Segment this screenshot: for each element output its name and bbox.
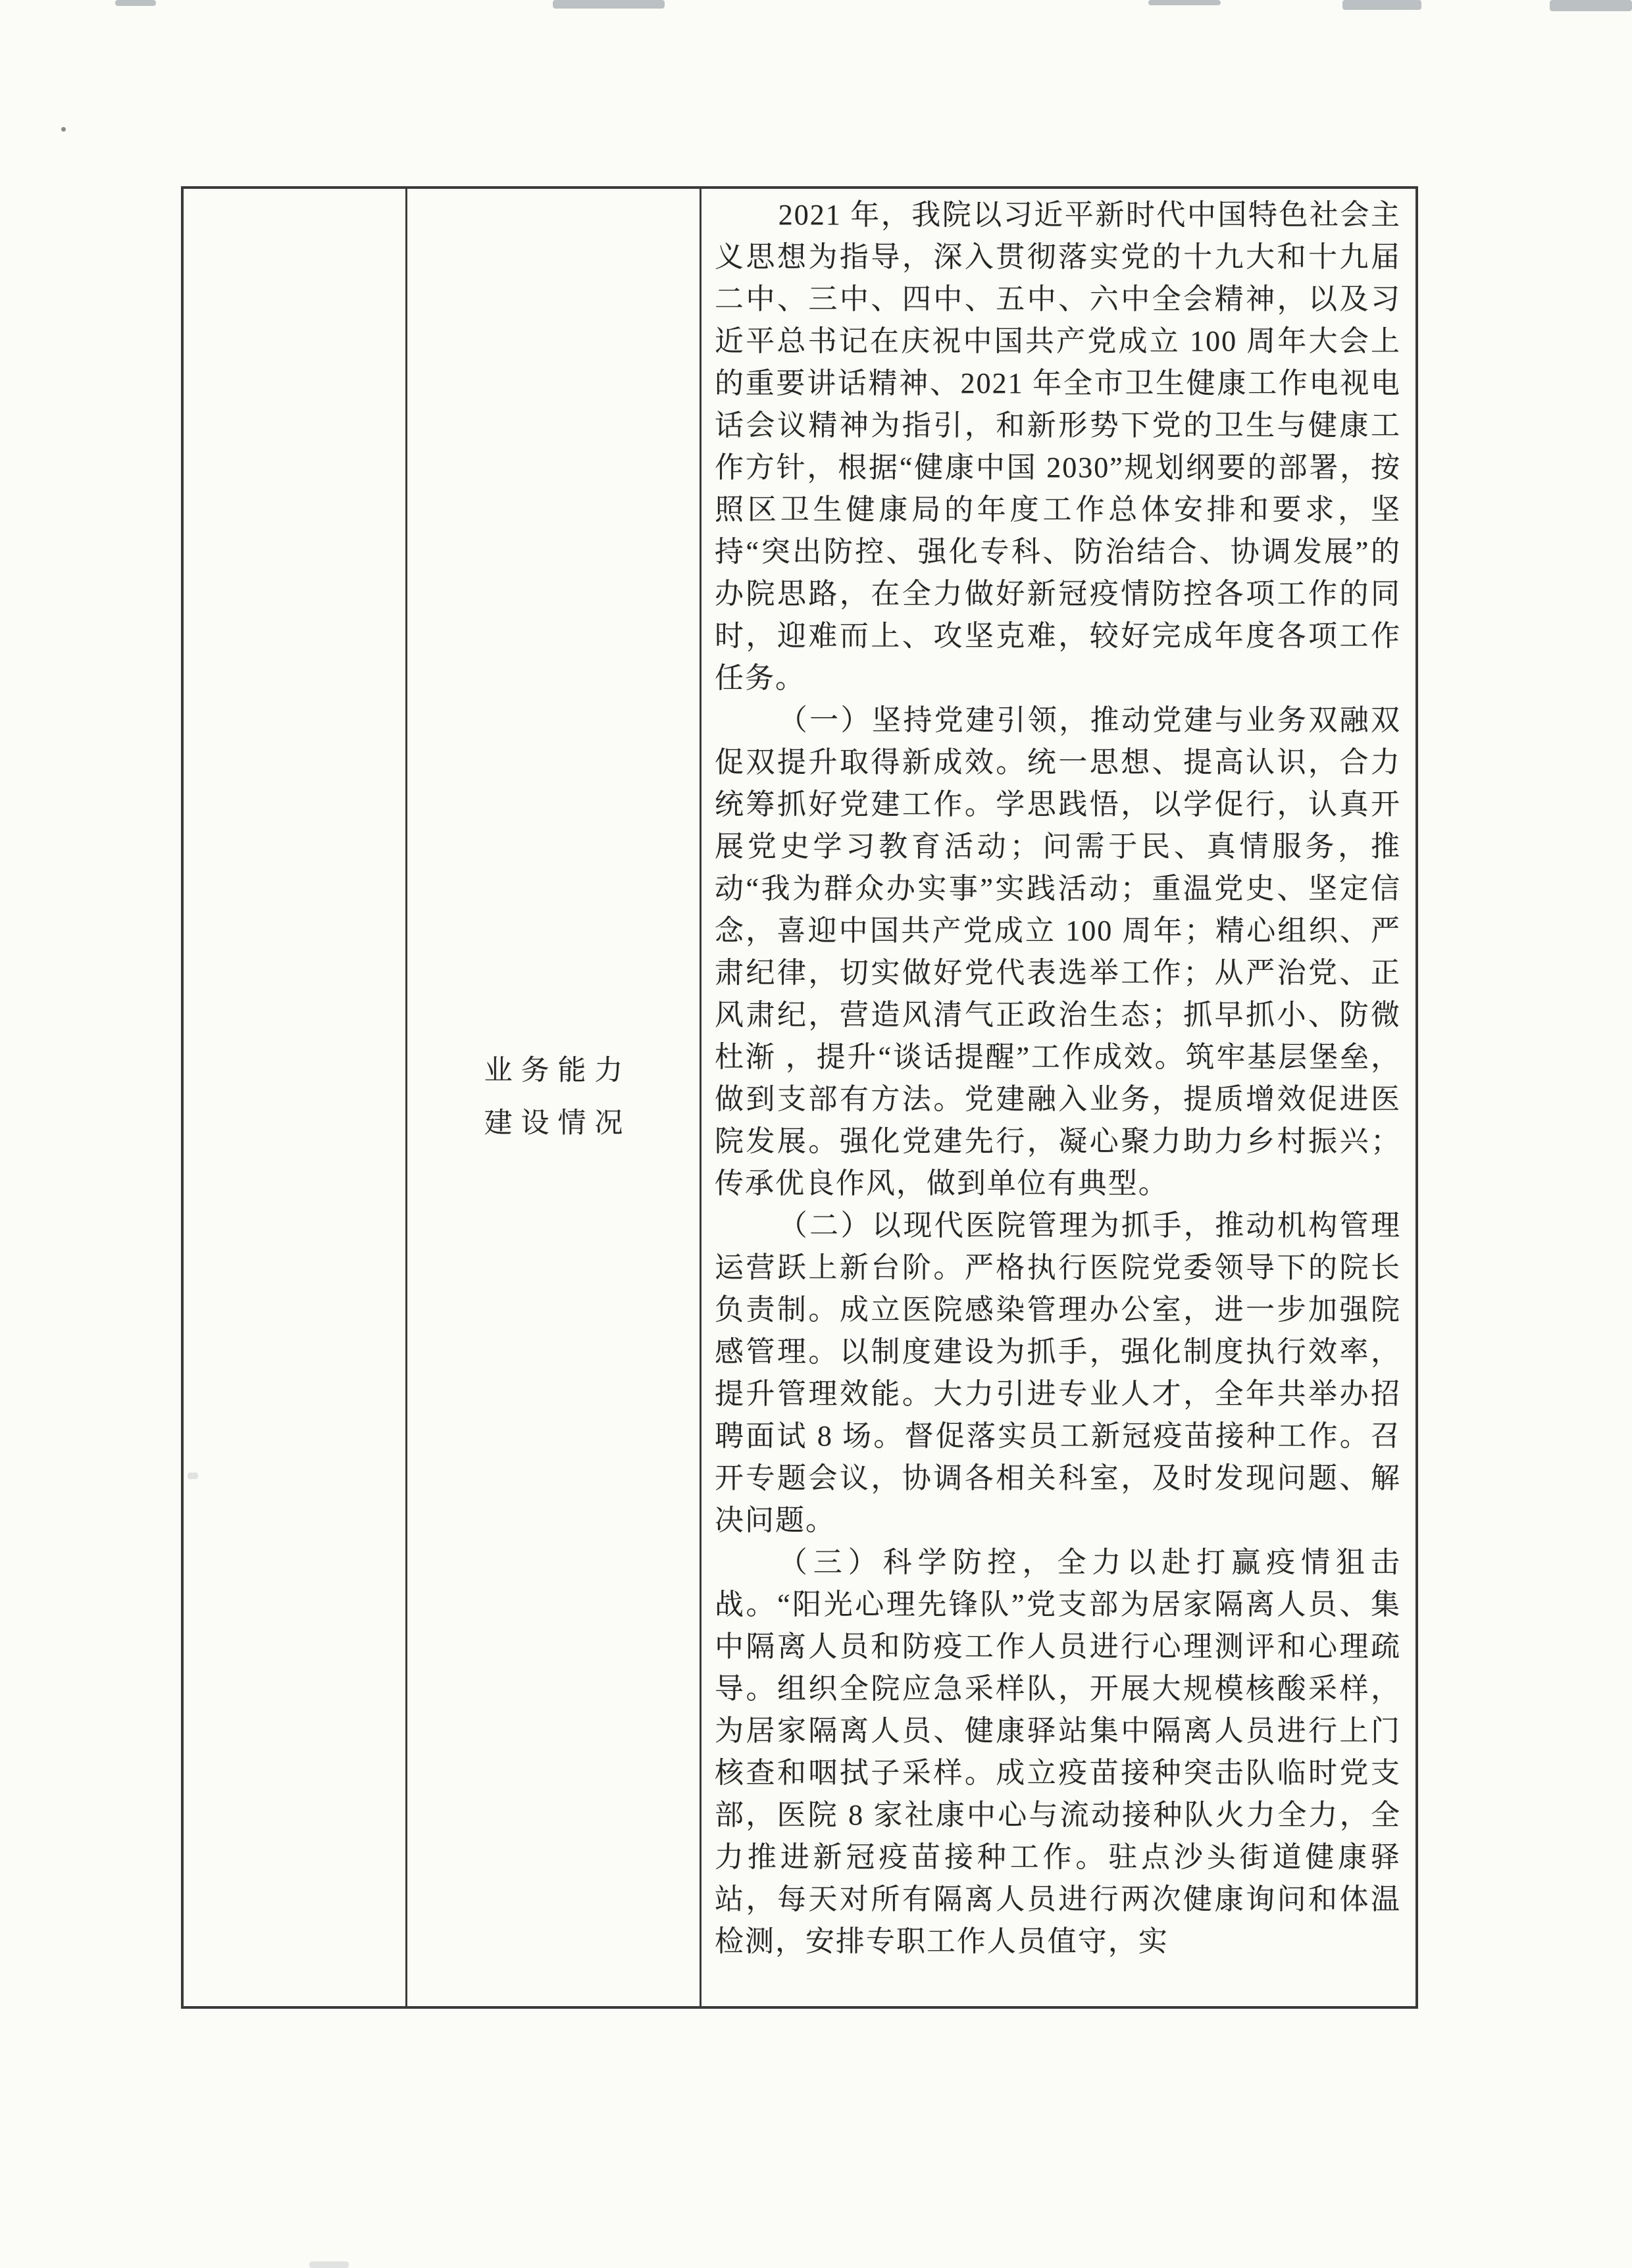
report-paragraph-2: （一）坚持党建引领，推动党建与业务双融双促双提升取得新成效。统一思想、提高认识，… (715, 699, 1401, 1205)
section-label-line-2: 建设情况 (484, 1097, 632, 1150)
table-cell-section-label: 业务能力 建设情况 (407, 189, 701, 2006)
table-cell-empty (184, 189, 407, 2006)
scanned-page: 业务能力 建设情况 2021 年，我院以习近平新时代中国特色社会主义思想为指导，… (0, 0, 1632, 2268)
report-table: 业务能力 建设情况 2021 年，我院以习近平新时代中国特色社会主义思想为指导，… (181, 186, 1418, 2009)
scan-artifact (1148, 0, 1221, 5)
scan-speck (61, 127, 66, 132)
scan-artifact (1550, 0, 1632, 11)
report-paragraph-1: 2021 年，我院以习近平新时代中国特色社会主义思想为指导，深入贯彻落实党的十九… (715, 194, 1401, 699)
report-paragraph-3: （二）以现代医院管理为抓手，推动机构管理运营跃上新台阶。严格执行医院党委领导下的… (715, 1205, 1401, 1542)
scan-artifact (553, 0, 665, 9)
scan-artifact (1342, 0, 1421, 10)
report-paragraph-4: （三）科学防控，全力以赴打赢疫情狙击战。“阳光心理先锋队”党支部为居家隔离人员、… (715, 1542, 1401, 1963)
scan-artifact (115, 0, 156, 6)
section-label: 业务能力 建设情况 (484, 1045, 623, 1150)
scan-smudge (309, 2261, 349, 2268)
table-cell-report-text: 2021 年，我院以习近平新时代中国特色社会主义思想为指导，深入贯彻落实党的十九… (701, 189, 1415, 2006)
section-label-line-1: 业务能力 (484, 1045, 632, 1097)
